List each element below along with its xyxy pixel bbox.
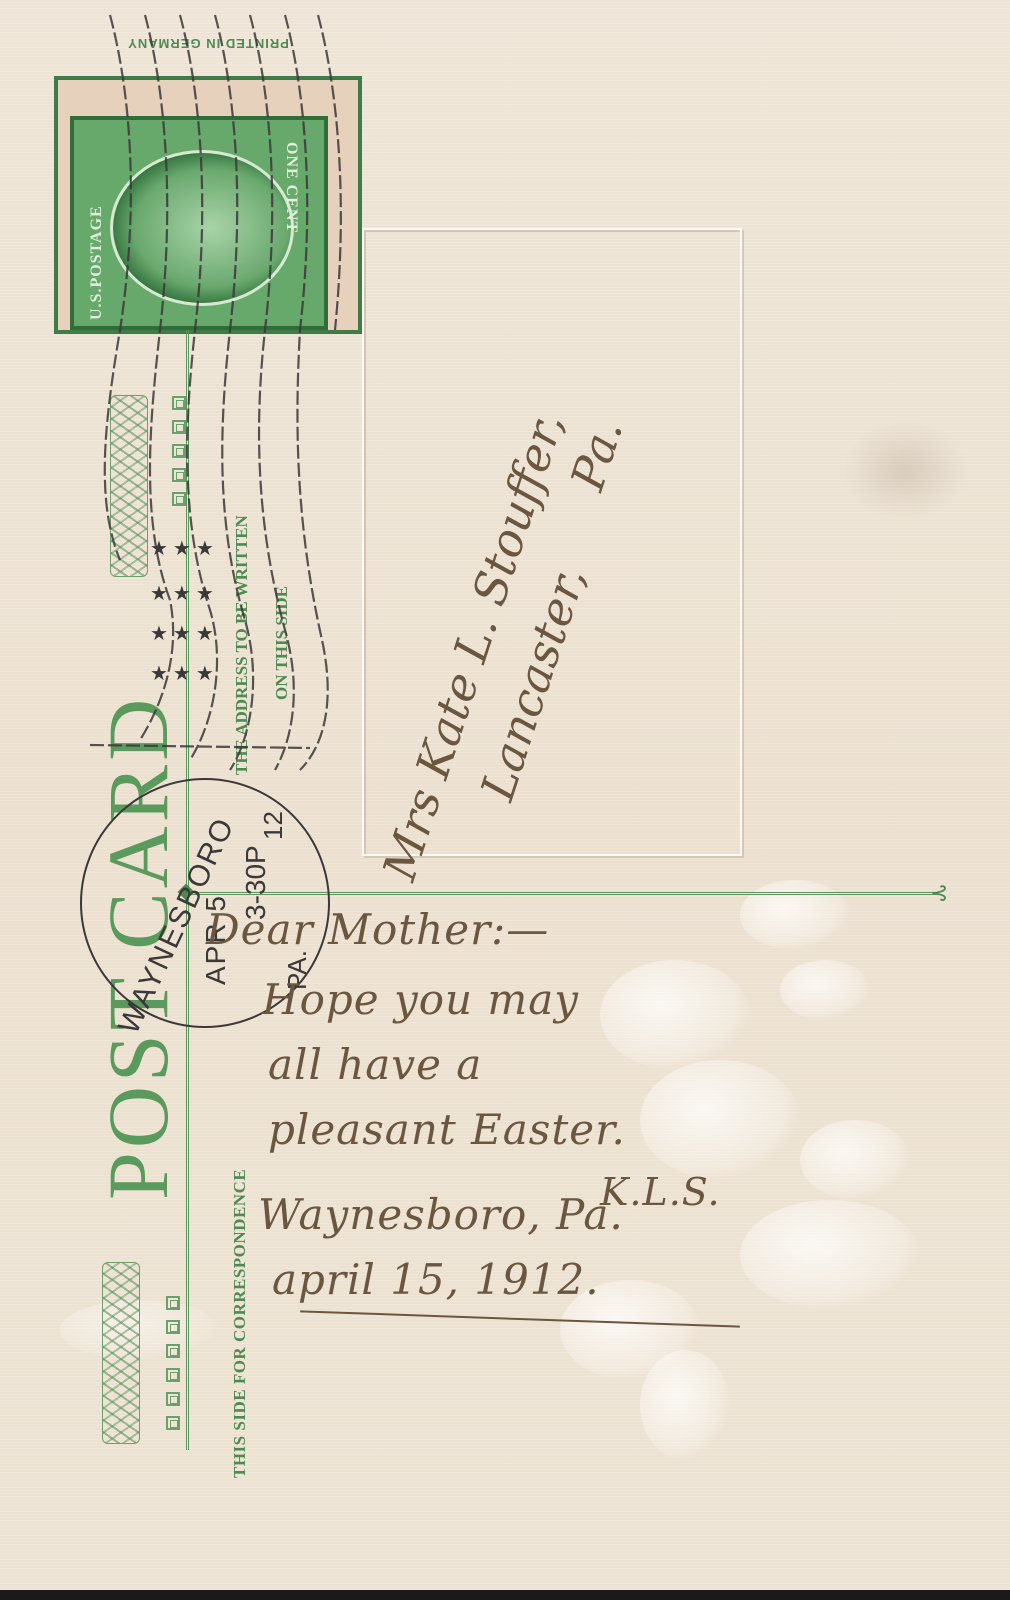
postmark-year: 12 [258,811,289,840]
stamp-design: U.S.POSTAGE ONE CENT [70,116,328,330]
message-line: Hope you may [262,975,579,1024]
address-instruction-line1: THE ADDRESS TO BE WRITTEN [232,515,252,775]
stamp-right-text: ONE CENT [282,142,300,233]
svg-text:★ ★ ★: ★ ★ ★ [150,583,214,605]
square-ornaments-top [172,396,186,506]
message-place: Waynesboro, Pa. [258,1190,624,1239]
postage-stamp: U.S.POSTAGE ONE CENT [54,76,362,334]
message-date: april 15, 1912. [272,1255,600,1304]
stamp-left-text: U.S.POSTAGE [88,205,106,320]
message-line: pleasant Easter. [268,1105,626,1154]
svg-text:★ ★ ★: ★ ★ ★ [150,623,214,645]
svg-text:★ ★ ★: ★ ★ ★ [150,538,214,560]
correspondence-instruction: THIS SIDE FOR CORRESPONDENCE [230,1169,250,1478]
message-line: all have a [268,1040,482,1089]
square-ornaments-bottom [166,1296,180,1430]
printed-in-germany-label: PRINTED IN GERMANY [98,36,318,51]
stamp-portrait [110,150,294,306]
divider-end-ornament: ⊰ [930,880,948,906]
postcard-back: PRINTED IN GERMANY U.S.POSTAGE ONE CENT … [0,0,1010,1590]
svg-text:★ ★ ★: ★ ★ ★ [150,663,214,685]
laurel-ornament-bottom [102,1262,140,1444]
laurel-ornament-top [110,395,148,577]
address-instruction-line2: ON THIS SIDE [272,586,292,700]
message-line: Dear Mother:— [206,905,549,954]
